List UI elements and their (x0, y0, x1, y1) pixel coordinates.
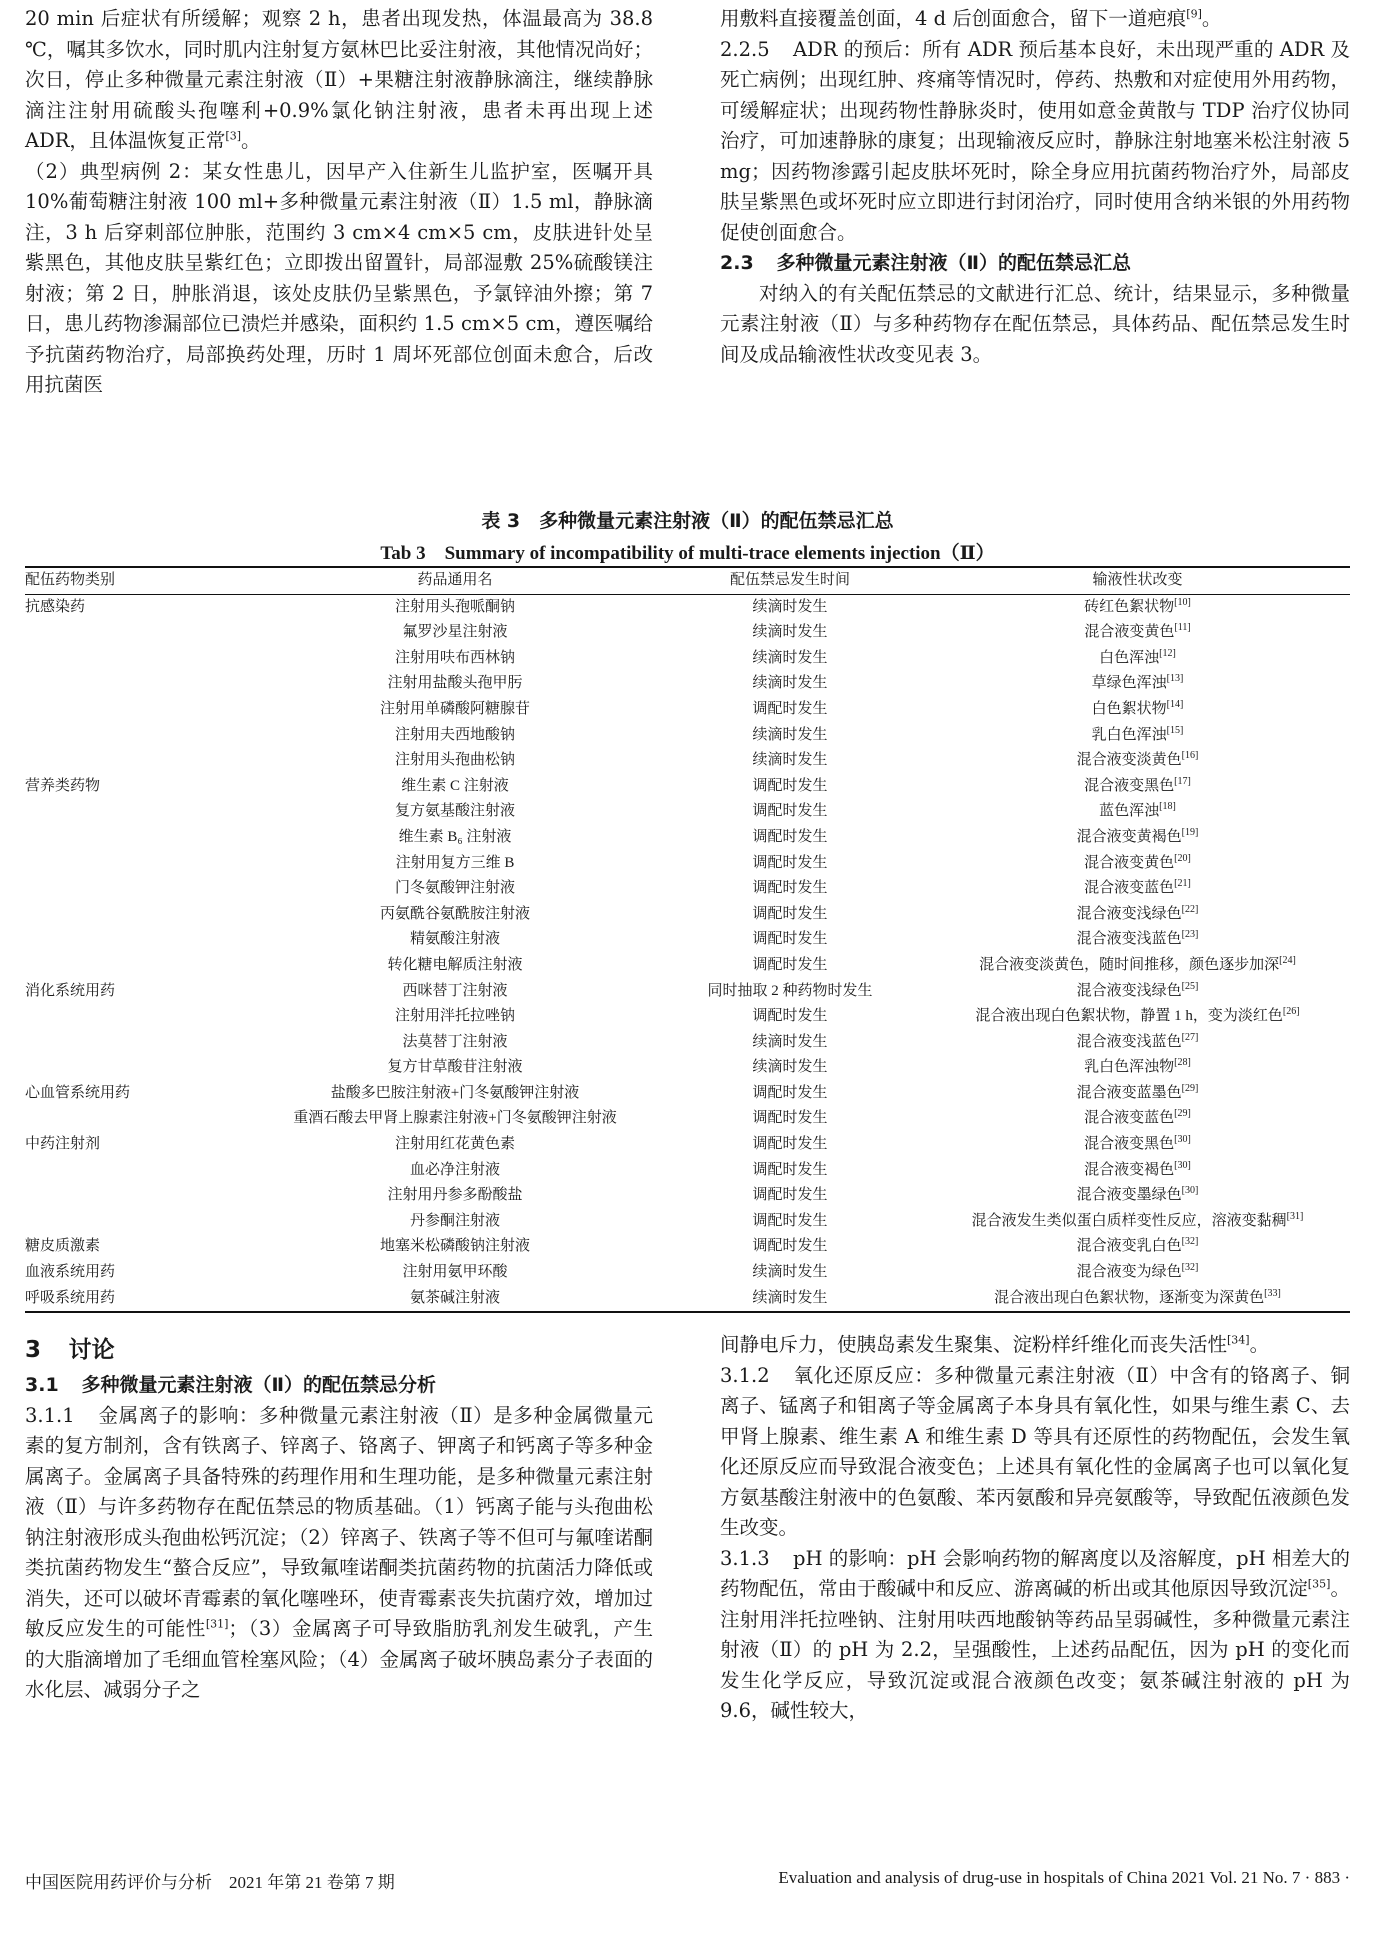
table-row: 丙氨酰谷氨酰胺注射液调配时发生混合液变浅绿色[22] (25, 902, 1350, 928)
cell-drug-name: 注射用头孢哌酮钠 (255, 594, 655, 620)
cell-category (25, 1183, 255, 1209)
citation[interactable]: [20] (1174, 853, 1191, 864)
table-row: 丹参酮注射液调配时发生混合液发生类似蛋白质样变性反应，溶液变黏稠[31] (25, 1209, 1350, 1235)
table-row: 注射用复方三维 B调配时发生混合液变黄色[20] (25, 851, 1350, 877)
section-3-1-3: 3.1.3pH 的影响：pH 会影响药物的解离度以及溶解度，pH 相差大的药物配… (720, 1544, 1350, 1727)
citation[interactable]: [24] (1279, 955, 1296, 966)
table-row: 注射用单磷酸阿糖腺苷调配时发生白色絮状物[14] (25, 697, 1350, 723)
cell-onset-time: 调配时发生 (655, 851, 925, 877)
cell-category (25, 723, 255, 749)
cell-drug-name: 注射用复方三维 B (255, 851, 655, 877)
header-category: 配伍药物类别 (25, 567, 255, 594)
right-column-bottom: 间静电斥力，使胰岛素发生聚集、淀粉样纤维化而丧失活性[34]。 3.1.2氧化还… (720, 1330, 1350, 1727)
cell-category (25, 1158, 255, 1184)
cell-appearance-change: 混合液变乳白色[32] (925, 1234, 1350, 1260)
citation[interactable]: [23] (1182, 929, 1199, 940)
cell-category: 糖皮质激素 (25, 1234, 255, 1260)
table-row: 注射用丹参多酚酸盐调配时发生混合液变墨绿色[30] (25, 1183, 1350, 1209)
cell-category (25, 620, 255, 646)
cell-drug-name: 血必净注射液 (255, 1158, 655, 1184)
cell-category: 呼吸系统用药 (25, 1286, 255, 1313)
table-header-row: 配伍药物类别 药品通用名 配伍禁忌发生时间 输液性状改变 (25, 567, 1350, 594)
cell-onset-time: 续滴时发生 (655, 646, 925, 672)
cell-category: 消化系统用药 (25, 979, 255, 1005)
citation[interactable]: [32] (1182, 1236, 1199, 1247)
cell-appearance-change: 混合液变黑色[17] (925, 774, 1350, 800)
left-column-top: 20 min 后症状有所缓解；观察 2 h，患者出现发热，体温最高为 38.8 … (25, 4, 653, 401)
cell-drug-name: 精氨酸注射液 (255, 927, 655, 953)
cell-appearance-change: 草绿色浑浊[13] (925, 671, 1350, 697)
table-row: 氟罗沙星注射液续滴时发生混合液变黄色[11] (25, 620, 1350, 646)
table-3: 配伍药物类别 药品通用名 配伍禁忌发生时间 输液性状改变 抗感染药注射用头孢哌酮… (25, 566, 1350, 1313)
cell-drug-name: 复方甘草酸苷注射液 (255, 1055, 655, 1081)
cell-appearance-change: 混合液变为绿色[32] (925, 1260, 1350, 1286)
table-row: 血必净注射液调配时发生混合液变褐色[30] (25, 1158, 1350, 1184)
cell-category: 抗感染药 (25, 594, 255, 620)
table-row: 注射用头孢曲松钠续滴时发生混合液变淡黄色[16] (25, 748, 1350, 774)
cell-onset-time: 调配时发生 (655, 697, 925, 723)
cell-appearance-change: 混合液出现白色絮状物，静置 1 h，变为淡红色[26] (925, 1004, 1350, 1030)
citation[interactable]: [3] (225, 130, 241, 143)
citation[interactable]: [11] (1174, 622, 1190, 633)
table-row: 法莫替丁注射液续滴时发生混合液变浅蓝色[27] (25, 1030, 1350, 1056)
case2-paragraph: （2）典型病例 2：某女性患儿，因早产入住新生儿监护室，医嘱开具 10%葡萄糖注… (25, 157, 653, 401)
citation[interactable]: [30] (1174, 1134, 1191, 1145)
table-row: 血液系统用药注射用氨甲环酸续滴时发生混合液变为绿色[32] (25, 1260, 1350, 1286)
section-3-heading: 3讨论 (25, 1330, 653, 1370)
citation[interactable]: [16] (1182, 750, 1199, 761)
cell-appearance-change: 白色浑浊[12] (925, 646, 1350, 672)
cell-onset-time: 调配时发生 (655, 799, 925, 825)
cell-drug-name: 地塞米松磷酸钠注射液 (255, 1234, 655, 1260)
table-body: 抗感染药注射用头孢哌酮钠续滴时发生砖红色絮状物[10]氟罗沙星注射液续滴时发生混… (25, 594, 1350, 1312)
cell-appearance-change: 混合液变淡黄色，随时间推移，颜色逐步加深[24] (925, 953, 1350, 979)
cell-appearance-change: 混合液变浅蓝色[23] (925, 927, 1350, 953)
cell-drug-name: 复方氨基酸注射液 (255, 799, 655, 825)
section-3-1-2: 3.1.2氧化还原反应：多种微量元素注射液（Ⅱ）中含有的铬离子、铜离子、锰离子和… (720, 1361, 1350, 1544)
cell-drug-name: 注射用泮托拉唑钠 (255, 1004, 655, 1030)
cell-drug-name: 氟罗沙星注射液 (255, 620, 655, 646)
cell-drug-name: 法莫替丁注射液 (255, 1030, 655, 1056)
cell-category (25, 953, 255, 979)
cell-onset-time: 续滴时发生 (655, 748, 925, 774)
cell-onset-time: 调配时发生 (655, 774, 925, 800)
cell-appearance-change: 混合液变黄色[20] (925, 851, 1350, 877)
citation[interactable]: [34] (1227, 1334, 1250, 1347)
cell-drug-name: 盐酸多巴胺注射液+门冬氨酸钾注射液 (255, 1081, 655, 1107)
cell-category: 营养类药物 (25, 774, 255, 800)
cell-drug-name: 维生素 B₆ 注射液 (255, 825, 655, 851)
table-caption-en: Tab 3 Summary of incompatibility of mult… (0, 538, 1375, 565)
cell-onset-time: 调配时发生 (655, 1209, 925, 1235)
citation[interactable]: [28] (1174, 1057, 1191, 1068)
citation[interactable]: [32] (1182, 1262, 1199, 1273)
header-drug: 药品通用名 (255, 567, 655, 594)
cell-appearance-change: 乳白色浑浊[15] (925, 723, 1350, 749)
cell-category (25, 876, 255, 902)
cell-drug-name: 注射用呋布西林钠 (255, 646, 655, 672)
left-column-bottom: 3讨论 3.1多种微量元素注射液（Ⅱ）的配伍禁忌分析 3.1.1金属离子的影响：… (25, 1330, 653, 1706)
table-row: 复方甘草酸苷注射液续滴时发生乳白色浑浊物[28] (25, 1055, 1350, 1081)
citation[interactable]: [35] (1308, 1578, 1331, 1591)
citation[interactable]: [19] (1182, 827, 1199, 838)
citation[interactable]: [30] (1174, 1160, 1191, 1171)
section-number: 3.1.1 (25, 1404, 75, 1427)
cell-onset-time: 调配时发生 (655, 1132, 925, 1158)
cell-category (25, 825, 255, 851)
cell-onset-time: 续滴时发生 (655, 620, 925, 646)
table-row: 中药注射剂注射用红花黄色素调配时发生混合液变黑色[30] (25, 1132, 1350, 1158)
table-row: 心血管系统用药盐酸多巴胺注射液+门冬氨酸钾注射液调配时发生混合液变蓝墨色[29] (25, 1081, 1350, 1107)
cell-drug-name: 注射用氨甲环酸 (255, 1260, 655, 1286)
cell-onset-time: 续滴时发生 (655, 1030, 925, 1056)
cell-onset-time: 调配时发生 (655, 953, 925, 979)
cell-appearance-change: 混合液变黄色[11] (925, 620, 1350, 646)
cell-drug-name: 门冬氨酸钾注射液 (255, 876, 655, 902)
cell-onset-time: 调配时发生 (655, 1004, 925, 1030)
citation[interactable]: [14] (1167, 699, 1184, 710)
table-row: 转化糖电解质注射液调配时发生混合液变淡黄色，随时间推移，颜色逐步加深[24] (25, 953, 1350, 979)
cell-appearance-change: 蓝色浑浊[18] (925, 799, 1350, 825)
cell-drug-name: 注射用丹参多酚酸盐 (255, 1183, 655, 1209)
citation[interactable]: [33] (1264, 1288, 1281, 1299)
section-3-1-1: 3.1.1金属离子的影响：多种微量元素注射液（Ⅱ）是多种金属微量元素的复方制剂，… (25, 1401, 653, 1706)
cell-appearance-change: 混合液变褐色[30] (925, 1158, 1350, 1184)
section-2-3-heading: 2.3多种微量元素注射液（Ⅱ）的配伍禁忌汇总 (720, 248, 1350, 279)
cell-appearance-change: 混合液变浅蓝色[27] (925, 1030, 1350, 1056)
cell-onset-time: 调配时发生 (655, 876, 925, 902)
cell-category (25, 1055, 255, 1081)
cell-category (25, 697, 255, 723)
citation[interactable]: [22] (1182, 904, 1199, 915)
cell-appearance-change: 混合液发生类似蛋白质样变性反应，溶液变黏稠[31] (925, 1209, 1350, 1235)
cell-appearance-change: 砖红色絮状物[10] (925, 594, 1350, 620)
cell-drug-name: 注射用头孢曲松钠 (255, 748, 655, 774)
table-row: 注射用盐酸头孢甲肟续滴时发生草绿色浑浊[13] (25, 671, 1350, 697)
citation[interactable]: [26] (1283, 1006, 1300, 1017)
cell-onset-time: 续滴时发生 (655, 671, 925, 697)
table-row: 营养类药物维生素 C 注射液调配时发生混合液变黑色[17] (25, 774, 1350, 800)
cell-category (25, 748, 255, 774)
cell-drug-name: 丹参酮注射液 (255, 1209, 655, 1235)
table-row: 呼吸系统用药氨茶碱注射液续滴时发生混合液出现白色絮状物，逐渐变为深黄色[33] (25, 1286, 1350, 1313)
citation[interactable]: [18] (1159, 801, 1176, 812)
cell-category (25, 1030, 255, 1056)
cell-onset-time: 调配时发生 (655, 1106, 925, 1132)
citation[interactable]: [13] (1167, 673, 1184, 684)
citation[interactable]: [9] (1186, 8, 1202, 21)
cell-drug-name: 转化糖电解质注射液 (255, 953, 655, 979)
cell-onset-time: 续滴时发生 (655, 1260, 925, 1286)
cell-onset-time: 续滴时发生 (655, 1055, 925, 1081)
cell-drug-name: 维生素 C 注射液 (255, 774, 655, 800)
citation[interactable]: [12] (1159, 648, 1176, 659)
cell-drug-name: 重酒石酸去甲肾上腺素注射液+门冬氨酸钾注射液 (255, 1106, 655, 1132)
section-3-1-1-continuation: 间静电斥力，使胰岛素发生聚集、淀粉样纤维化而丧失活性[34]。 (720, 1330, 1350, 1361)
cell-onset-time: 调配时发生 (655, 1081, 925, 1107)
case1-paragraph: 20 min 后症状有所缓解；观察 2 h，患者出现发热，体温最高为 38.8 … (25, 4, 653, 157)
citation[interactable]: [21] (1174, 878, 1191, 889)
header-change: 输液性状改变 (925, 567, 1350, 594)
cell-drug-name: 注射用盐酸头孢甲肟 (255, 671, 655, 697)
citation[interactable]: [25] (1182, 981, 1199, 992)
cell-appearance-change: 乳白色浑浊物[28] (925, 1055, 1350, 1081)
cell-category (25, 851, 255, 877)
cell-appearance-change: 白色絮状物[14] (925, 697, 1350, 723)
case2-continuation: 用敷料直接覆盖创面，4 d 后创面愈合，留下一道疤痕[9]。 (720, 4, 1350, 35)
cell-appearance-change: 混合液变蓝墨色[29] (925, 1081, 1350, 1107)
cell-onset-time: 续滴时发生 (655, 723, 925, 749)
cell-drug-name: 丙氨酰谷氨酰胺注射液 (255, 902, 655, 928)
citation[interactable]: [17] (1174, 776, 1191, 787)
section-3-1-heading: 3.1多种微量元素注射液（Ⅱ）的配伍禁忌分析 (25, 1370, 653, 1401)
cell-appearance-change: 混合液变淡黄色[16] (925, 748, 1350, 774)
cell-category: 血液系统用药 (25, 1260, 255, 1286)
cell-category (25, 927, 255, 953)
cell-onset-time: 同时抽取 2 种药物时发生 (655, 979, 925, 1005)
cell-appearance-change: 混合液出现白色絮状物，逐渐变为深黄色[33] (925, 1286, 1350, 1313)
cell-category (25, 646, 255, 672)
cell-category (25, 799, 255, 825)
cell-appearance-change: 混合液变黄褐色[19] (925, 825, 1350, 851)
right-column-top: 用敷料直接覆盖创面，4 d 后创面愈合，留下一道疤痕[9]。 2.2.5ADR … (720, 4, 1350, 370)
table-row: 注射用泮托拉唑钠调配时发生混合液出现白色絮状物，静置 1 h，变为淡红色[26] (25, 1004, 1350, 1030)
citation[interactable]: [31] (1287, 1211, 1304, 1222)
citation[interactable]: [29] (1174, 1108, 1191, 1119)
table-row: 糖皮质激素地塞米松磷酸钠注射液调配时发生混合液变乳白色[32] (25, 1234, 1350, 1260)
cell-category: 心血管系统用药 (25, 1081, 255, 1107)
citation[interactable]: [15] (1167, 725, 1184, 736)
section-2-3-text: 对纳入的有关配伍禁忌的文献进行汇总、统计，结果显示，多种微量元素注射液（Ⅱ）与多… (720, 279, 1350, 371)
table-row: 门冬氨酸钾注射液调配时发生混合液变蓝色[21] (25, 876, 1350, 902)
section-number: 3.1.2 (720, 1364, 770, 1387)
table-row: 消化系统用药西咪替丁注射液同时抽取 2 种药物时发生混合液变浅绿色[25] (25, 979, 1350, 1005)
table-row: 抗感染药注射用头孢哌酮钠续滴时发生砖红色絮状物[10] (25, 594, 1350, 620)
journal-footer-en: Evaluation and analysis of drug-use in h… (778, 1868, 1350, 1888)
cell-appearance-change: 混合液变黑色[30] (925, 1132, 1350, 1158)
table-row: 复方氨基酸注射液调配时发生蓝色浑浊[18] (25, 799, 1350, 825)
cell-drug-name: 注射用单磷酸阿糖腺苷 (255, 697, 655, 723)
cell-category (25, 902, 255, 928)
journal-footer-cn: 中国医院用药评价与分析 2021 年第 21 卷第 7 期 (25, 1868, 395, 1893)
cell-onset-time: 调配时发生 (655, 902, 925, 928)
cell-appearance-change: 混合液变蓝色[29] (925, 1106, 1350, 1132)
cell-drug-name: 西咪替丁注射液 (255, 979, 655, 1005)
table-row: 精氨酸注射液调配时发生混合液变浅蓝色[23] (25, 927, 1350, 953)
cell-drug-name: 注射用夫西地酸钠 (255, 723, 655, 749)
cell-onset-time: 续滴时发生 (655, 594, 925, 620)
citation[interactable]: [29] (1182, 1083, 1199, 1094)
cell-category (25, 1209, 255, 1235)
cell-appearance-change: 混合液变蓝色[21] (925, 876, 1350, 902)
table-row: 重酒石酸去甲肾上腺素注射液+门冬氨酸钾注射液调配时发生混合液变蓝色[29] (25, 1106, 1350, 1132)
cell-category: 中药注射剂 (25, 1132, 255, 1158)
section-2-2-5: 2.2.5ADR 的预后：所有 ADR 预后基本良好，未出现严重的 ADR 及死… (720, 35, 1350, 249)
cell-appearance-change: 混合液变墨绿色[30] (925, 1183, 1350, 1209)
cell-onset-time: 调配时发生 (655, 1183, 925, 1209)
cell-category (25, 1004, 255, 1030)
cell-category (25, 671, 255, 697)
cell-onset-time: 续滴时发生 (655, 1286, 925, 1313)
cell-drug-name: 氨茶碱注射液 (255, 1286, 655, 1313)
cell-appearance-change: 混合液变浅绿色[22] (925, 902, 1350, 928)
table-caption-cn: 表 3 多种微量元素注射液（Ⅱ）的配伍禁忌汇总 (0, 506, 1375, 533)
cell-drug-name: 注射用红花黄色素 (255, 1132, 655, 1158)
cell-onset-time: 调配时发生 (655, 825, 925, 851)
citation[interactable]: [30] (1182, 1185, 1199, 1196)
citation[interactable]: [31] (206, 1618, 229, 1631)
section-number: 2.2.5 (720, 38, 770, 61)
section-number: 3.1.3 (720, 1547, 770, 1570)
cell-onset-time: 调配时发生 (655, 1234, 925, 1260)
citation[interactable]: [27] (1182, 1032, 1199, 1043)
table-row: 注射用呋布西林钠续滴时发生白色浑浊[12] (25, 646, 1350, 672)
header-time: 配伍禁忌发生时间 (655, 567, 925, 594)
citation[interactable]: [10] (1174, 597, 1191, 608)
cell-onset-time: 调配时发生 (655, 927, 925, 953)
cell-category (25, 1106, 255, 1132)
cell-onset-time: 调配时发生 (655, 1158, 925, 1184)
cell-appearance-change: 混合液变浅绿色[25] (925, 979, 1350, 1005)
table-row: 注射用夫西地酸钠续滴时发生乳白色浑浊[15] (25, 723, 1350, 749)
table-row: 维生素 B₆ 注射液调配时发生混合液变黄褐色[19] (25, 825, 1350, 851)
